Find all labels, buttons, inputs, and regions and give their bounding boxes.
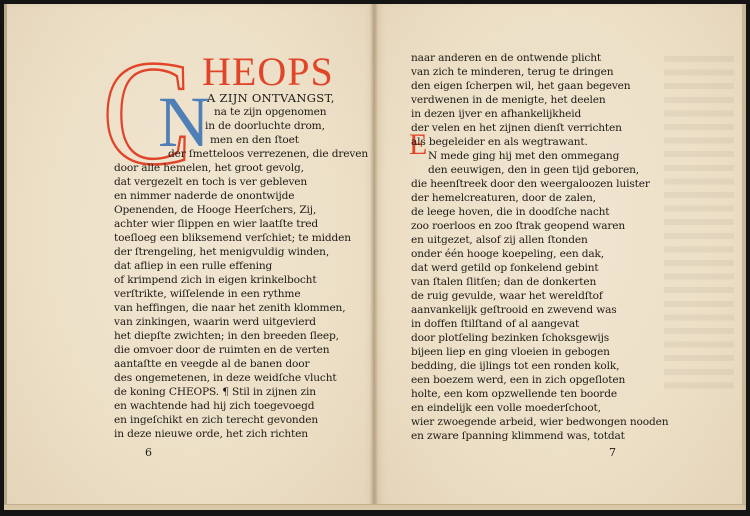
- text-line: naar anderen en de ontwende plicht: [411, 52, 601, 66]
- page-number-right: 7: [609, 446, 616, 459]
- text-line: N mede ging hij met den ommegang: [428, 150, 619, 164]
- text-line: door alle hemelen, het groot gevolg,: [114, 162, 304, 176]
- text-line: en ingeſchikt en zich terecht gevonden: [114, 414, 318, 428]
- text-line: het diepſte zwichten; in den breeden ſle…: [114, 330, 339, 344]
- page-number-left: 6: [145, 446, 152, 459]
- text-line: in de doorluchte drom,: [205, 120, 325, 134]
- text-line: in deze nieuwe orde, het zich richten: [114, 428, 308, 442]
- text-line: die heenſtreek door den weergaloozen lui…: [411, 178, 650, 192]
- text-line: bijeen liep en ging vloeien in gebogen: [411, 346, 610, 360]
- text-line: Openenden, de Hooge Heerſchers, Zij,: [114, 204, 316, 218]
- text-line: van heffingen, die naar het zenith klomm…: [114, 302, 345, 316]
- text-line: der velen en het zijnen dienſt verrichte…: [411, 122, 622, 136]
- text-line: verdwenen in de menigte, het deelen: [411, 94, 606, 108]
- text-line: als begeleider en als wegtrawant.: [411, 136, 588, 150]
- text-line: der hemelcreaturen, door de zalen,: [411, 192, 596, 206]
- text-line: de ruig gevulde, waar het wereldſtof: [411, 290, 603, 304]
- text-line: in dezen ijver en afhankelijkheid: [411, 108, 581, 122]
- text-line: en wachtende had hij zich toegevoegd: [114, 400, 314, 414]
- text-line: holte, een kom opzwellende ten boorde: [411, 388, 617, 402]
- text-line: dat vergezelt en toch is ver gebleven: [114, 176, 307, 190]
- text-line: bedding, die ijlings tot een ronden kolk…: [411, 360, 619, 374]
- book-gutter: [370, 4, 378, 510]
- text-line: van zinkingen, waarin werd uitgevierd: [114, 316, 316, 330]
- text-line: aantaſtte en veegde al de banen door: [114, 358, 309, 372]
- text-line: de koning CHEOPS. ¶ Stil in zijnen zin: [114, 386, 316, 400]
- text-line: dat werd getild op fonkelend gebint: [411, 262, 599, 276]
- text-line: den eigen ſcherpen wil, het gaan begeven: [411, 80, 630, 94]
- text-line: en zware ſpanning klimmend was, totdat: [411, 430, 625, 444]
- text-line: die omvoer door de ruimten en de verten: [114, 344, 329, 358]
- text-line: zoo roerloos en zoo ſtrak geopend waren: [411, 220, 625, 234]
- text-line: achter wier ſlippen en wier laatſte tred: [114, 218, 318, 232]
- text-line: des ongemetenen, in deze weidſche vlucht: [114, 372, 336, 386]
- text-line: van ſtalen ſlitſen; dan de donkerten: [411, 276, 596, 290]
- text-line: toeſloeg een bliksemend verſchiet; te mi…: [114, 232, 351, 246]
- text-line: wier zwoegende arbeid, wier bedwongen no…: [411, 416, 668, 430]
- text-line: der ſtrengeling, het menigvuldig winden,: [114, 246, 329, 260]
- text-line: en uitgezet, alsof zij allen ſtonden: [411, 234, 588, 248]
- text-line: A ZIJN ONTVANGST,: [207, 92, 335, 106]
- text-line: en eindelijk een volle moederſchoot,: [411, 402, 601, 416]
- text-line: der ſmetteloos verrezenen, die dreven: [168, 148, 368, 162]
- text-line: de leege hoven, die in doodſche nacht: [411, 206, 609, 220]
- page-edge: [4, 504, 745, 510]
- text-line: aanvankelijk geſtrooid en zwevend was: [411, 304, 617, 318]
- text-line: een boezem werd, een in zich opgeſloten: [411, 374, 625, 388]
- text-line: of krimpend zich in eigen krinkelbocht: [114, 274, 316, 288]
- text-line: en nimmer naderde de onontwijde: [114, 190, 294, 204]
- text-line: onder één hooge koepeling, een dak,: [411, 248, 604, 262]
- text-line: van zich te minderen, terug te dringen: [411, 66, 613, 80]
- text-line: na te zijn opgenomen: [214, 106, 326, 120]
- text-line: verſtrikte, wiſſelende in een rythme: [114, 288, 300, 302]
- page-title: HEOPS: [202, 52, 334, 92]
- show-through-text: [664, 56, 734, 396]
- text-line: den eeuwigen, den in geen tijd geboren,: [428, 164, 639, 178]
- text-line: door plotſeling bezinken ſchoksgewijs: [411, 332, 609, 346]
- text-line: men en den ſtoet: [210, 134, 299, 148]
- text-line: dat afliep in een rulle effening: [114, 260, 272, 274]
- text-line: in doffen ſtilſtand of al aangevat: [411, 318, 579, 332]
